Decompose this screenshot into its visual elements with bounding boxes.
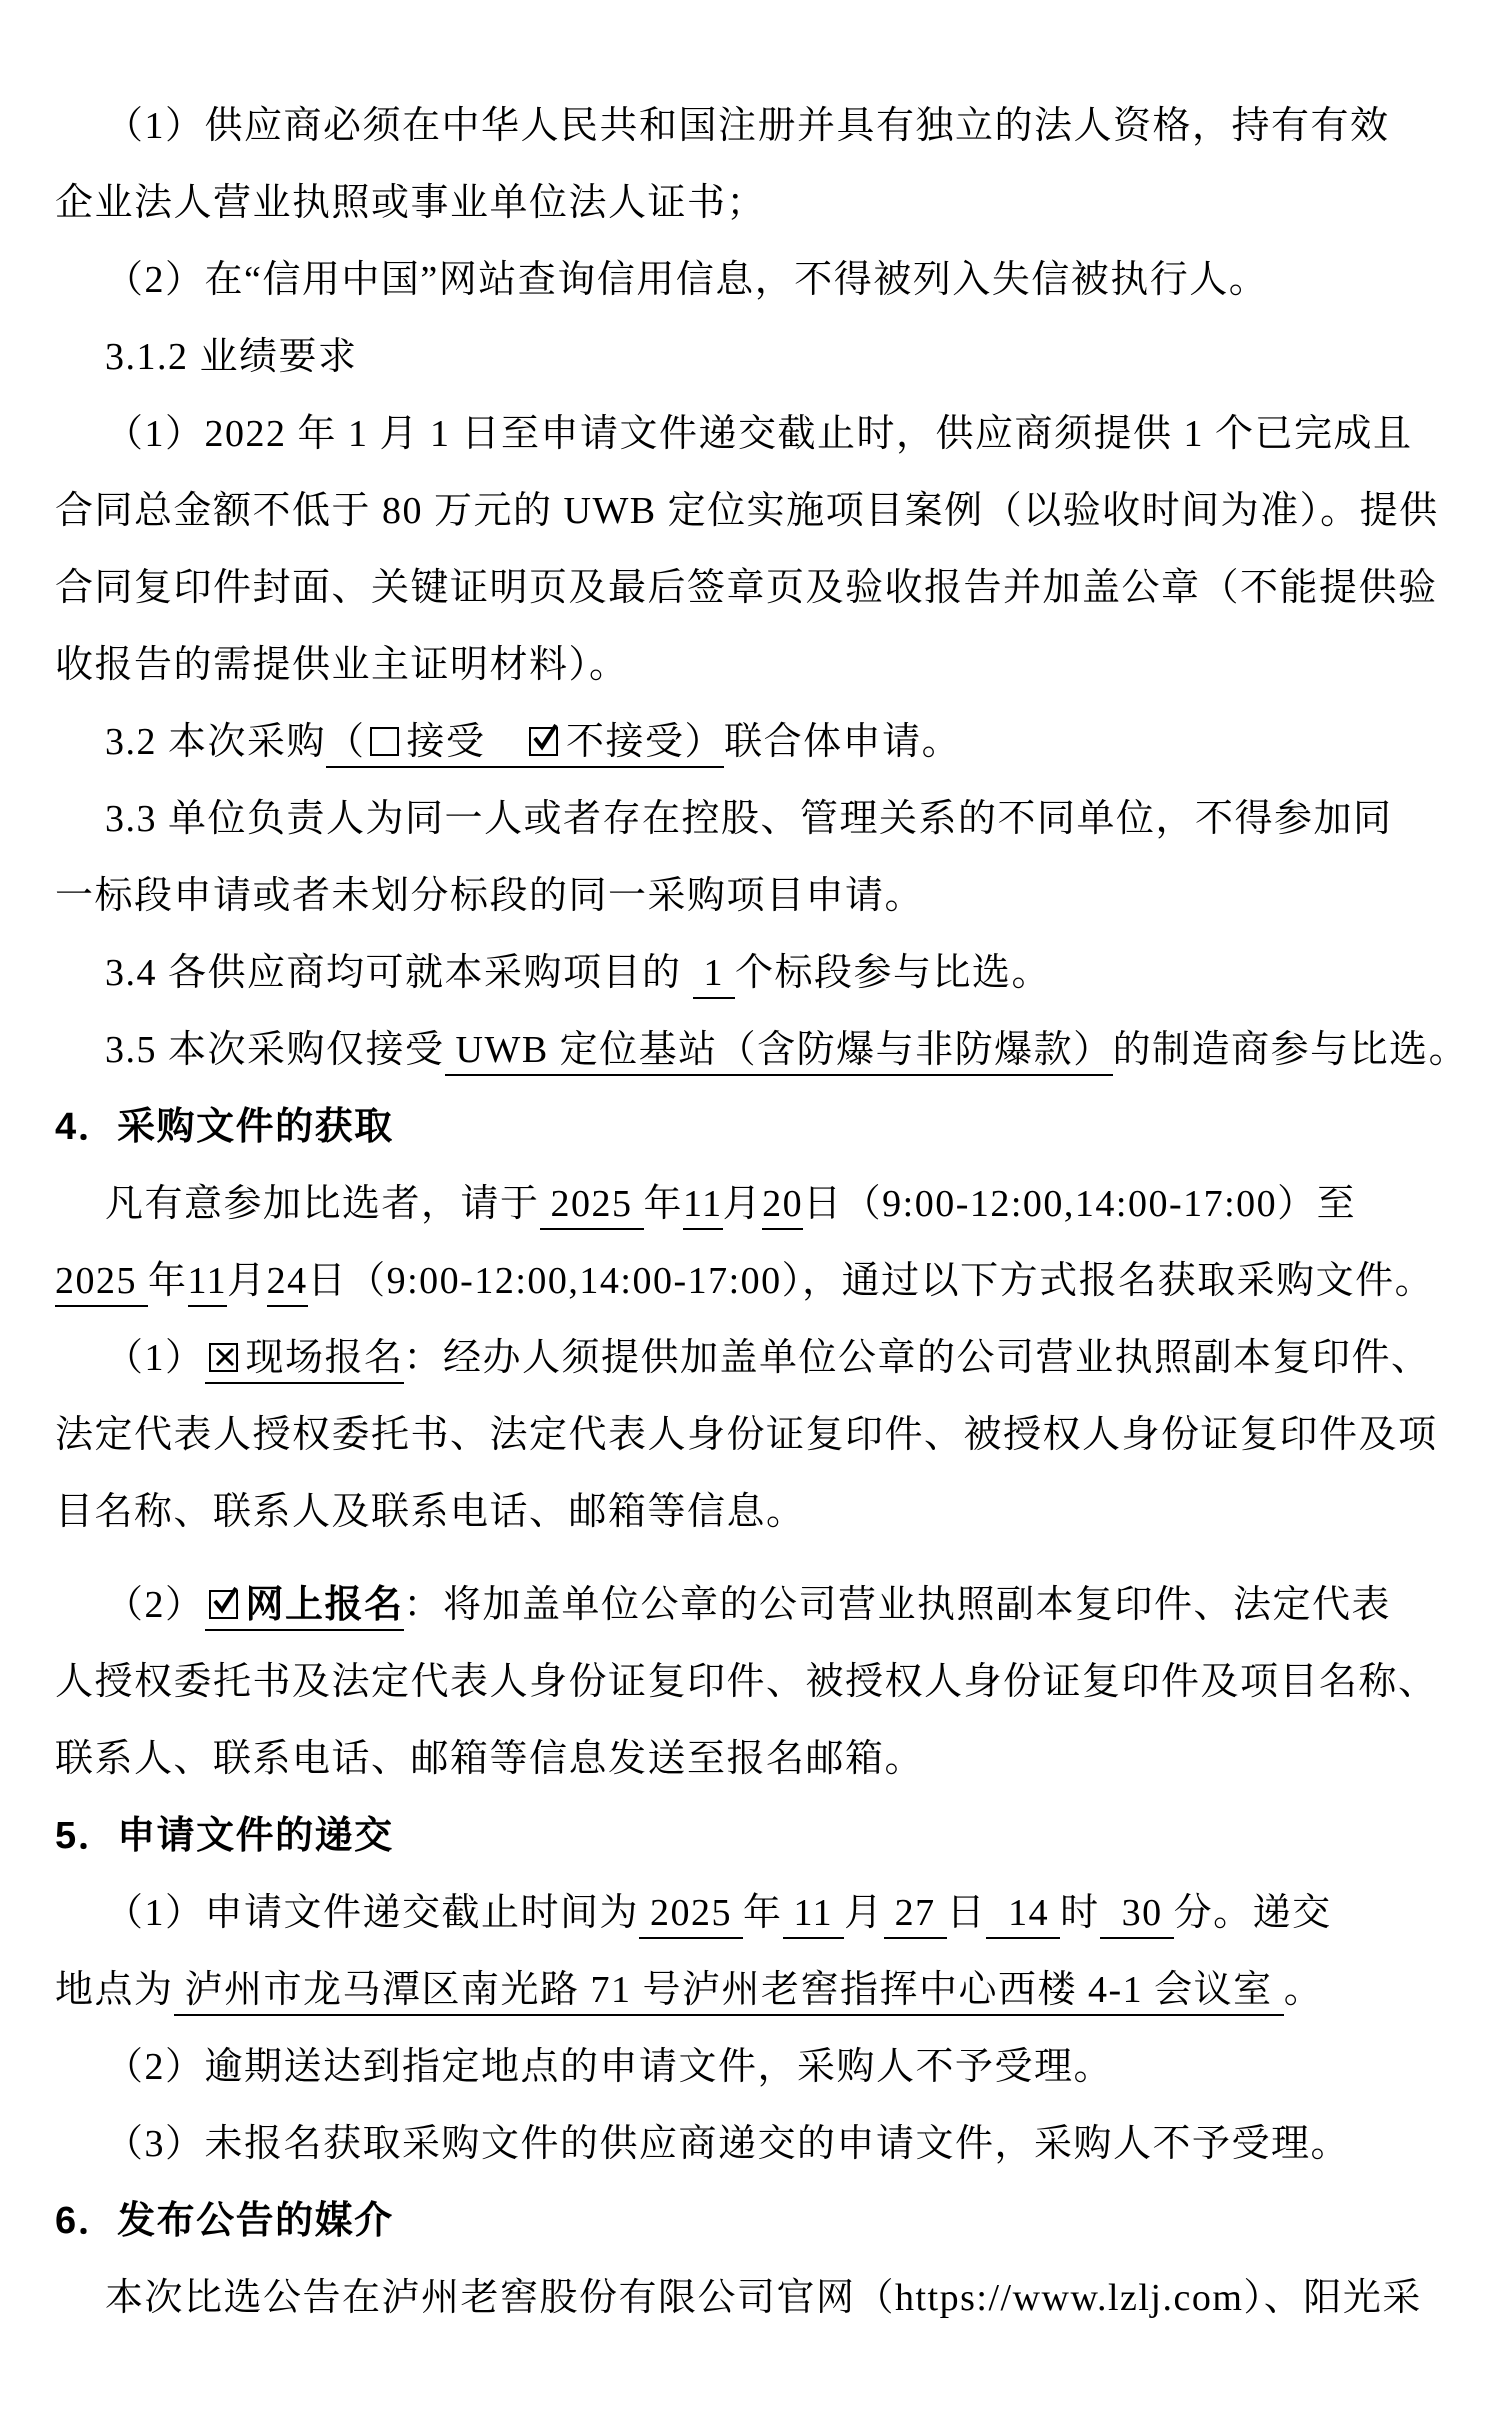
text-segment: 本次比选公告在泸州老窖股份有限公司官网（https://www.lzlj.com… xyxy=(105,2277,1422,2319)
checkbox-check-icon xyxy=(209,1590,238,1619)
text-segment: 凡有意参加比选者，请于 xyxy=(105,1183,540,1225)
text-segment: 11 xyxy=(783,1892,845,1939)
document-body: （1）供应商必须在中华人民共和国注册并具有独立的法人资格，持有有效企业法人营业执… xyxy=(55,88,1450,2337)
text-segment: 地点为 xyxy=(55,1969,174,2011)
text-segment: 3.3 单位负责人为同一人或者存在控股、管理关系的不同单位，不得参加同 xyxy=(105,798,1393,840)
text-segment: 月 xyxy=(723,1183,763,1225)
text-segment: 合同总金额不低于 80 万元的 UWB 定位实施项目案例（以验收时间为准）。提供 xyxy=(55,490,1439,532)
text-segment: ：经办人须提供加盖单位公章的公司营业执照副本复印件、 xyxy=(404,1337,1431,1379)
text-segment: 泸州市龙马潭区南光路 71 号泸州老窖指挥中心西楼 4-1 会议室 xyxy=(174,1969,1284,2016)
checkbox-wrapper xyxy=(205,1337,246,1384)
text-line: 目名称、联系人及联系电话、邮箱等信息。 xyxy=(55,1474,1450,1551)
checkbox-wrapper xyxy=(205,1584,246,1631)
text-line: （1）申请文件递交截止时间为 2025 年 11 月 27 日 14 时 30 … xyxy=(55,1875,1450,1952)
text-segment: 分。递交 xyxy=(1174,1892,1332,1934)
text-segment: 30 xyxy=(1100,1892,1174,1939)
text-segment: 现场报名 xyxy=(246,1337,404,1384)
text-segment: （1） xyxy=(105,1337,205,1379)
text-segment: 合同复印件封面、关键证明页及最后签章页及验收报告并加盖公章（不能提供验 xyxy=(55,567,1438,609)
text-line: （2）逾期送达到指定地点的申请文件，采购人不予受理。 xyxy=(55,2029,1450,2106)
text-line: 3.5 本次采购仅接受 UWB 定位基站（含防爆与非防爆款）的制造商参与比选。 xyxy=(55,1012,1450,1089)
text-segment: 1 xyxy=(693,952,736,999)
text-segment: 网上报名 xyxy=(246,1584,404,1631)
text-segment: 联合体申请。 xyxy=(724,721,961,763)
text-segment: （3）未报名获取采购文件的供应商递交的申请文件，采购人不予受理。 xyxy=(105,2123,1350,2165)
text-segment: 收报告的需提供业主证明材料）。 xyxy=(55,644,629,686)
checkbox-check-icon xyxy=(529,727,558,756)
text-segment: 14 xyxy=(986,1892,1060,1939)
text-segment: ：将加盖单位公章的公司营业执照副本复印件、法定代表 xyxy=(404,1584,1392,1626)
text-segment: 。 xyxy=(1284,1969,1324,2011)
text-line: 凡有意参加比选者，请于 2025 年11月20日（9:00-12:00,14:0… xyxy=(55,1166,1450,1243)
text-segment: （2） xyxy=(105,1584,205,1626)
text-line: （2）在“信用中国”网站查询信用信息，不得被列入失信被执行人。 xyxy=(55,242,1450,319)
text-line: 3.3 单位负责人为同一人或者存在控股、管理关系的不同单位，不得参加同 xyxy=(55,781,1450,858)
text-line: 3.1.2 业绩要求 xyxy=(55,319,1450,396)
text-line: 地点为 泸州市龙马潭区南光路 71 号泸州老窖指挥中心西楼 4-1 会议室 。 xyxy=(55,1952,1450,2029)
text-segment: 3.5 本次采购仅接受 xyxy=(105,1029,445,1071)
text-segment: 24 xyxy=(267,1260,308,1307)
text-line: （1）2022 年 1 月 1 日至申请文件递交截止时，供应商须提供 1 个已完… xyxy=(55,396,1450,473)
text-segment: 3.4 各供应商均可就本采购项目的 xyxy=(105,952,693,994)
text-line: 合同总金额不低于 80 万元的 UWB 定位实施项目案例（以验收时间为准）。提供 xyxy=(55,473,1450,550)
text-segment: 不接受） xyxy=(566,721,724,768)
text-segment: 年 xyxy=(148,1260,188,1302)
text-segment: 27 xyxy=(884,1892,947,1939)
text-line: （3）未报名获取采购文件的供应商递交的申请文件，采购人不予受理。 xyxy=(55,2106,1450,2183)
text-segment: 月 xyxy=(844,1892,884,1934)
text-segment: 日（9:00-12:00,14:00-17:00），通过以下方式报名获取采购文件… xyxy=(308,1260,1435,1302)
text-segment: 5．申请文件的递交 xyxy=(55,1815,394,1857)
text-segment: 接受 xyxy=(407,721,526,768)
text-line: 收报告的需提供业主证明材料）。 xyxy=(55,627,1450,704)
text-segment: 3.1.2 业绩要求 xyxy=(105,336,358,378)
text-segment: 法定代表人授权委托书、法定代表人身份证复印件、被授权人身份证复印件及项 xyxy=(55,1414,1438,1456)
checkbox-wrapper xyxy=(366,721,407,768)
text-segment: 人授权委托书及法定代表人身份证复印件、被授权人身份证复印件及项目名称、 xyxy=(55,1661,1438,1703)
text-segment: 11 xyxy=(683,1183,723,1230)
text-line: 联系人、联系电话、邮箱等信息发送至报名邮箱。 xyxy=(55,1721,1450,1798)
text-segment: 目名称、联系人及联系电话、邮箱等信息。 xyxy=(55,1491,806,1533)
text-segment: 2025 xyxy=(55,1260,148,1307)
text-segment: （ xyxy=(326,721,366,768)
text-segment: 年 xyxy=(743,1892,783,1934)
text-line: 本次比选公告在泸州老窖股份有限公司官网（https://www.lzlj.com… xyxy=(55,2260,1450,2337)
section-heading: 5．申请文件的递交 xyxy=(55,1798,1450,1875)
text-line: 3.4 各供应商均可就本采购项目的 1 个标段参与比选。 xyxy=(55,935,1450,1012)
text-segment: 日 xyxy=(947,1892,987,1934)
text-line: （1）现场报名：经办人须提供加盖单位公章的公司营业执照副本复印件、 xyxy=(55,1320,1450,1397)
text-segment: （2）在“信用中国”网站查询信用信息，不得被列入失信被执行人。 xyxy=(105,259,1268,301)
text-segment: （1）2022 年 1 月 1 日至申请文件递交截止时，供应商须提供 1 个已完… xyxy=(105,413,1413,455)
text-segment: 年 xyxy=(644,1183,684,1225)
text-line: 2025 年11月24日（9:00-12:00,14:00-17:00），通过以… xyxy=(55,1243,1450,1320)
text-segment: 企业法人营业执照或事业单位法人证书； xyxy=(55,182,766,224)
section-heading: 6．发布公告的媒介 xyxy=(55,2183,1450,2260)
text-segment: 时 xyxy=(1060,1892,1100,1934)
checkbox-x-icon xyxy=(209,1343,238,1372)
document-page: （1）供应商必须在中华人民共和国注册并具有独立的法人资格，持有有效企业法人营业执… xyxy=(0,0,1500,2337)
text-segment: 一标段申请或者未划分标段的同一采购项目申请。 xyxy=(55,875,924,917)
text-segment: （1）供应商必须在中华人民共和国注册并具有独立的法人资格，持有有效 xyxy=(105,105,1390,147)
text-line: （2）网上报名：将加盖单位公章的公司营业执照副本复印件、法定代表 xyxy=(55,1567,1450,1644)
text-segment: 3.2 本次采购 xyxy=(105,721,326,763)
text-line: 一标段申请或者未划分标段的同一采购项目申请。 xyxy=(55,858,1450,935)
text-segment: 6．发布公告的媒介 xyxy=(55,2200,394,2242)
text-segment: 个标段参与比选。 xyxy=(735,952,1051,994)
text-line: 合同复印件封面、关键证明页及最后签章页及验收报告并加盖公章（不能提供验 xyxy=(55,550,1450,627)
text-segment: 2025 xyxy=(540,1183,644,1230)
text-segment: （1）申请文件递交截止时间为 xyxy=(105,1892,639,1934)
text-line: 人授权委托书及法定代表人身份证复印件、被授权人身份证复印件及项目名称、 xyxy=(55,1644,1450,1721)
text-segment: 4．采购文件的获取 xyxy=(55,1106,394,1148)
text-segment: 联系人、联系电话、邮箱等信息发送至报名邮箱。 xyxy=(55,1738,924,1780)
text-line: （1）供应商必须在中华人民共和国注册并具有独立的法人资格，持有有效 xyxy=(55,88,1450,165)
text-segment: 2025 xyxy=(639,1892,743,1939)
text-segment: 20 xyxy=(762,1183,803,1230)
text-segment: UWB 定位基站（含防爆与非防爆款） xyxy=(445,1029,1113,1076)
text-segment: 11 xyxy=(188,1260,228,1307)
text-segment: 日（9:00-12:00,14:00-17:00）至 xyxy=(803,1183,1356,1225)
checkbox-wrapper xyxy=(525,721,566,768)
text-segment: 月 xyxy=(227,1260,267,1302)
text-segment: 的制造商参与比选。 xyxy=(1113,1029,1469,1071)
text-line: 法定代表人授权委托书、法定代表人身份证复印件、被授权人身份证复印件及项 xyxy=(55,1397,1450,1474)
checkbox-empty-icon xyxy=(370,727,399,756)
section-heading: 4．采购文件的获取 xyxy=(55,1089,1450,1166)
text-line: 企业法人营业执照或事业单位法人证书； xyxy=(55,165,1450,242)
text-line: 3.2 本次采购（接受 不接受）联合体申请。 xyxy=(55,704,1450,781)
text-segment: （2）逾期送达到指定地点的申请文件，采购人不予受理。 xyxy=(105,2046,1113,2088)
